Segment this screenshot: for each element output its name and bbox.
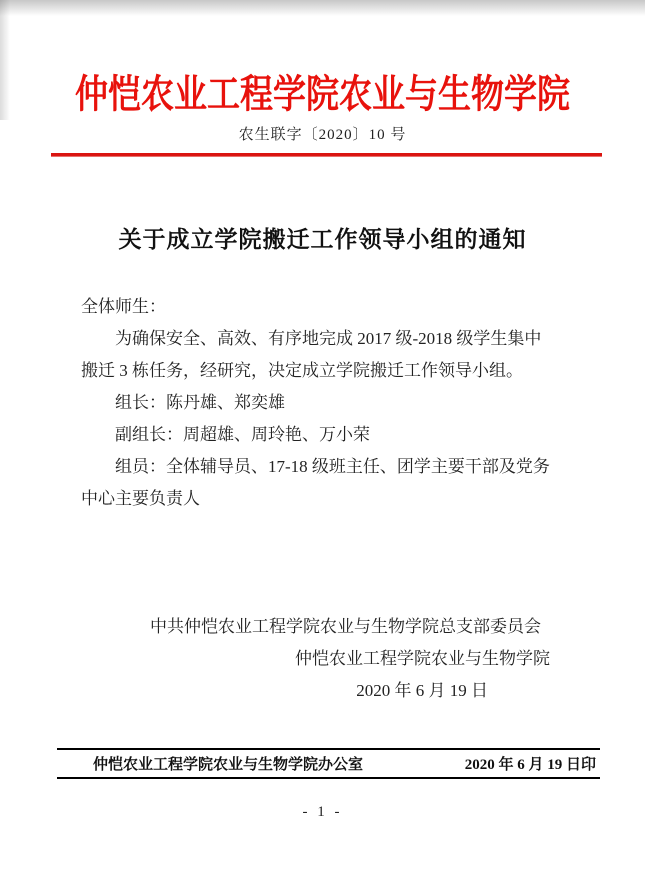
members-line: 组员：全体辅导员、17-18 级班主任、团学主要干部及党务 [81,451,569,483]
notice-body: 全体师生： 为确保安全、高效、有序地完成 2017 级-2018 级学生集中 搬… [81,291,569,515]
page-top-shadow [0,0,645,16]
document-number: 农生联字〔2020〕10 号 [0,123,645,144]
deputy-leader-line: 副组长：周超雄、周玲艳、万小荣 [81,419,569,451]
signature-block: 中共仲恺农业工程学院农业与生物学院总支部委员会 仲恺农业工程学院农业与生物学院 … [0,611,645,707]
body-paragraph-line: 为确保安全、高效、有序地完成 2017 级-2018 级学生集中 [81,323,569,355]
footer-print-date: 2020 年 6 月 19 日印 [465,753,596,774]
footer-imprint-bar: 仲恺农业工程学院农业与生物学院办公室 2020 年 6 月 19 日印 [57,748,600,779]
letterhead-org-title: 仲恺农业工程学院农业与生物学院 [0,64,645,119]
letterhead-divider-rule [51,153,602,157]
document-page: 仲恺农业工程学院农业与生物学院 农生联字〔2020〕10 号 关于成立学院搬迁工… [0,0,645,873]
signature-committee: 中共仲恺农业工程学院农业与生物学院总支部委员会 [0,611,645,643]
signature-college: 仲恺农业工程学院农业与生物学院 [0,643,645,675]
footer-issuing-office: 仲恺农业工程学院农业与生物学院办公室 [93,753,363,774]
page-number: - 1 - [0,804,645,821]
members-continued-line: 中心主要负责人 [81,483,569,515]
signature-date: 2020 年 6 月 19 日 [0,675,645,707]
salutation-line: 全体师生： [81,291,569,323]
body-paragraph-line: 搬迁 3 栋任务，经研究，决定成立学院搬迁工作领导小组。 [81,355,569,387]
notice-title: 关于成立学院搬迁工作领导小组的通知 [0,221,645,254]
leader-line: 组长：陈丹雄、郑奕雄 [81,387,569,419]
